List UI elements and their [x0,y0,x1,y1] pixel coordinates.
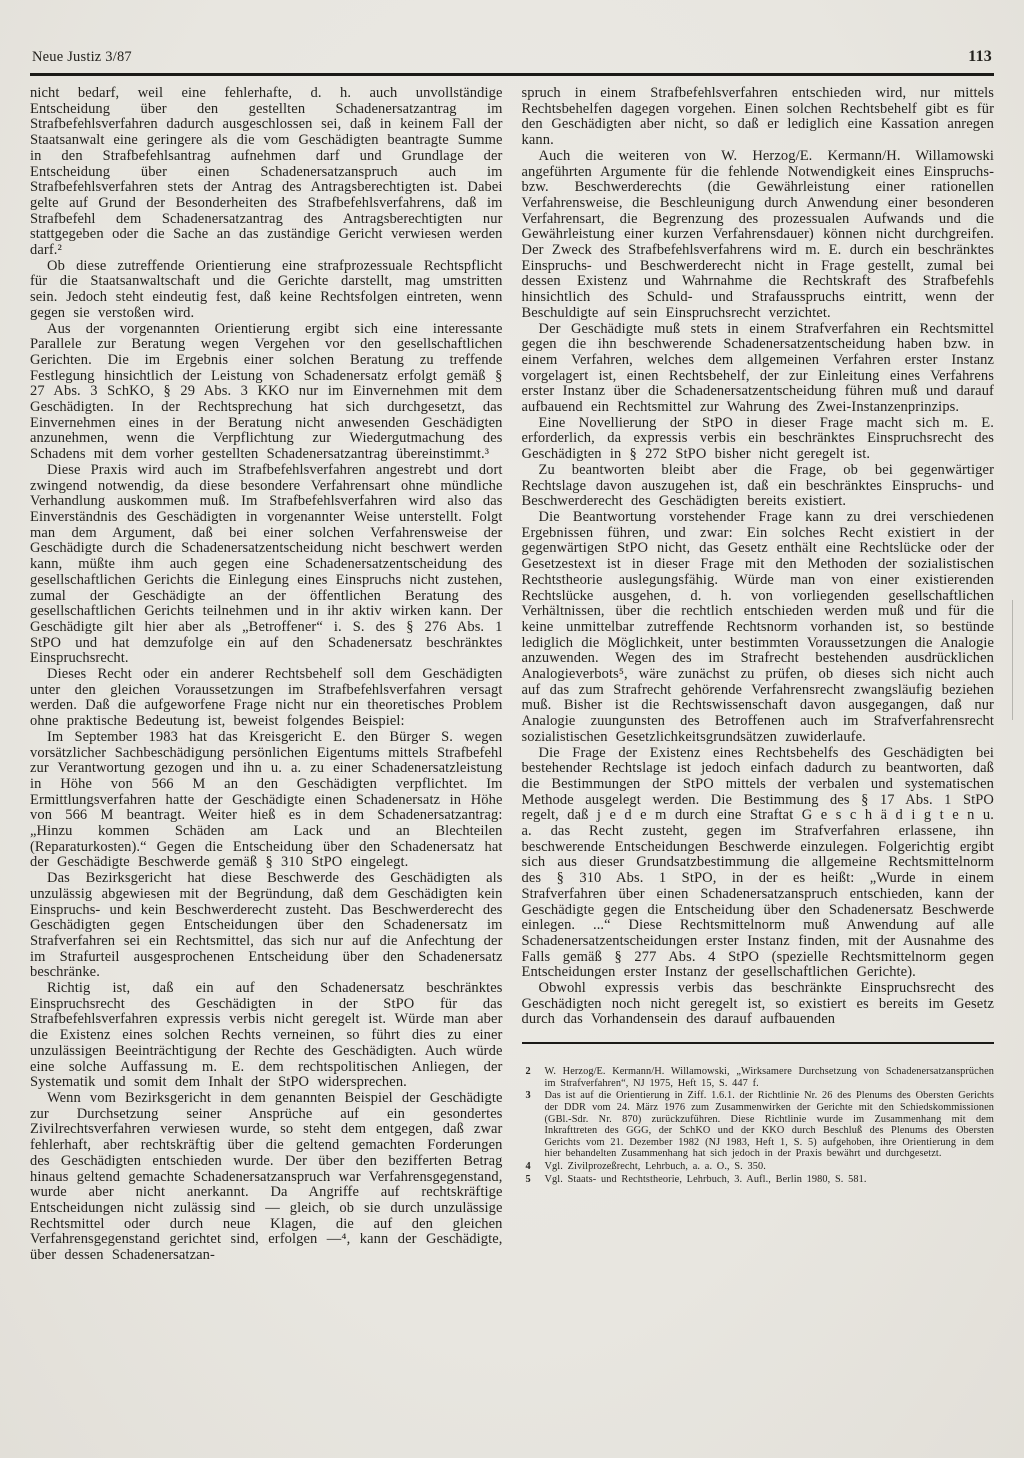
paragraph: Auch die weiteren von W. Herzog/E. Kerma… [522,149,995,322]
paragraph: Wenn vom Bezirksgericht in dem genannten… [30,1091,503,1264]
right-column: spruch in einem Strafbefehlsverfahren en… [522,86,995,1264]
footnote-number: 4 [526,1161,531,1173]
scan-artifact [1012,600,1013,720]
journal-title: Neue Justiz 3/87 [32,49,132,66]
footnotes: 2W. Herzog/E. Kermann/H. Willamowski, „W… [522,1066,995,1185]
right-column-body: spruch in einem Strafbefehlsverfahren en… [522,86,995,1028]
article-body: nicht bedarf, weil eine fehlerhafte, d. … [30,86,994,1264]
paragraph: Obwohl expressis verbis das beschränkte … [522,981,995,1028]
footnote-text: Vgl. Staats- und Rechtstheorie, Lehrbuch… [545,1174,867,1185]
footnote: 3Das ist auf die Orientierung in Ziff. 1… [522,1090,995,1160]
footnote-rule [522,1042,995,1044]
paragraph: Das Bezirksgericht hat diese Beschwerde … [30,871,503,981]
paragraph: Im September 1983 hat das Kreisgericht E… [30,730,503,871]
paragraph: Der Geschädigte muß stets in einem Straf… [522,322,995,416]
left-column: nicht bedarf, weil eine fehlerhafte, d. … [30,86,503,1264]
footnote: 2W. Herzog/E. Kermann/H. Willamowski, „W… [522,1066,995,1089]
footnote-number: 5 [526,1174,531,1186]
paragraph: Aus der vorgenannten Orientierung ergibt… [30,322,503,463]
journal-page: Neue Justiz 3/87 113 nicht bedarf, weil … [0,0,1024,1458]
footnote-number: 2 [526,1066,531,1078]
paragraph: nicht bedarf, weil eine fehlerhafte, d. … [30,86,503,259]
page-number: 113 [968,48,992,66]
paragraph: Die Beantwortung vorstehender Frage kann… [522,510,995,746]
paragraph: Ob diese zutreffende Orientierung eine s… [30,259,503,322]
header-rule [30,73,994,76]
footnote-text: Das ist auf die Orientierung in Ziff. 1.… [545,1090,995,1159]
footnote-text: W. Herzog/E. Kermann/H. Willamowski, „Wi… [545,1066,995,1089]
page-header: Neue Justiz 3/87 113 [30,48,994,66]
footnote-number: 3 [526,1090,531,1102]
paragraph: Richtig ist, daß ein auf den Schadenersa… [30,981,503,1091]
paragraph: Diese Praxis wird auch im Strafbefehlsve… [30,463,503,667]
paragraph: Die Frage der Existenz eines Rechtsbehel… [522,746,995,982]
footnote-text: Vgl. Zivilprozeßrecht, Lehrbuch, a. a. O… [545,1161,766,1172]
footnote: 4Vgl. Zivilprozeßrecht, Lehrbuch, a. a. … [522,1161,995,1173]
paragraph: spruch in einem Strafbefehlsverfahren en… [522,86,995,149]
paragraph: Eine Novellierung der StPO in dieser Fra… [522,416,995,463]
paragraph: Zu beantworten bleibt aber die Frage, ob… [522,463,995,510]
footnote: 5Vgl. Staats- und Rechtstheorie, Lehrbuc… [522,1174,995,1186]
paragraph: Dieses Recht oder ein anderer Rechtsbehe… [30,667,503,730]
